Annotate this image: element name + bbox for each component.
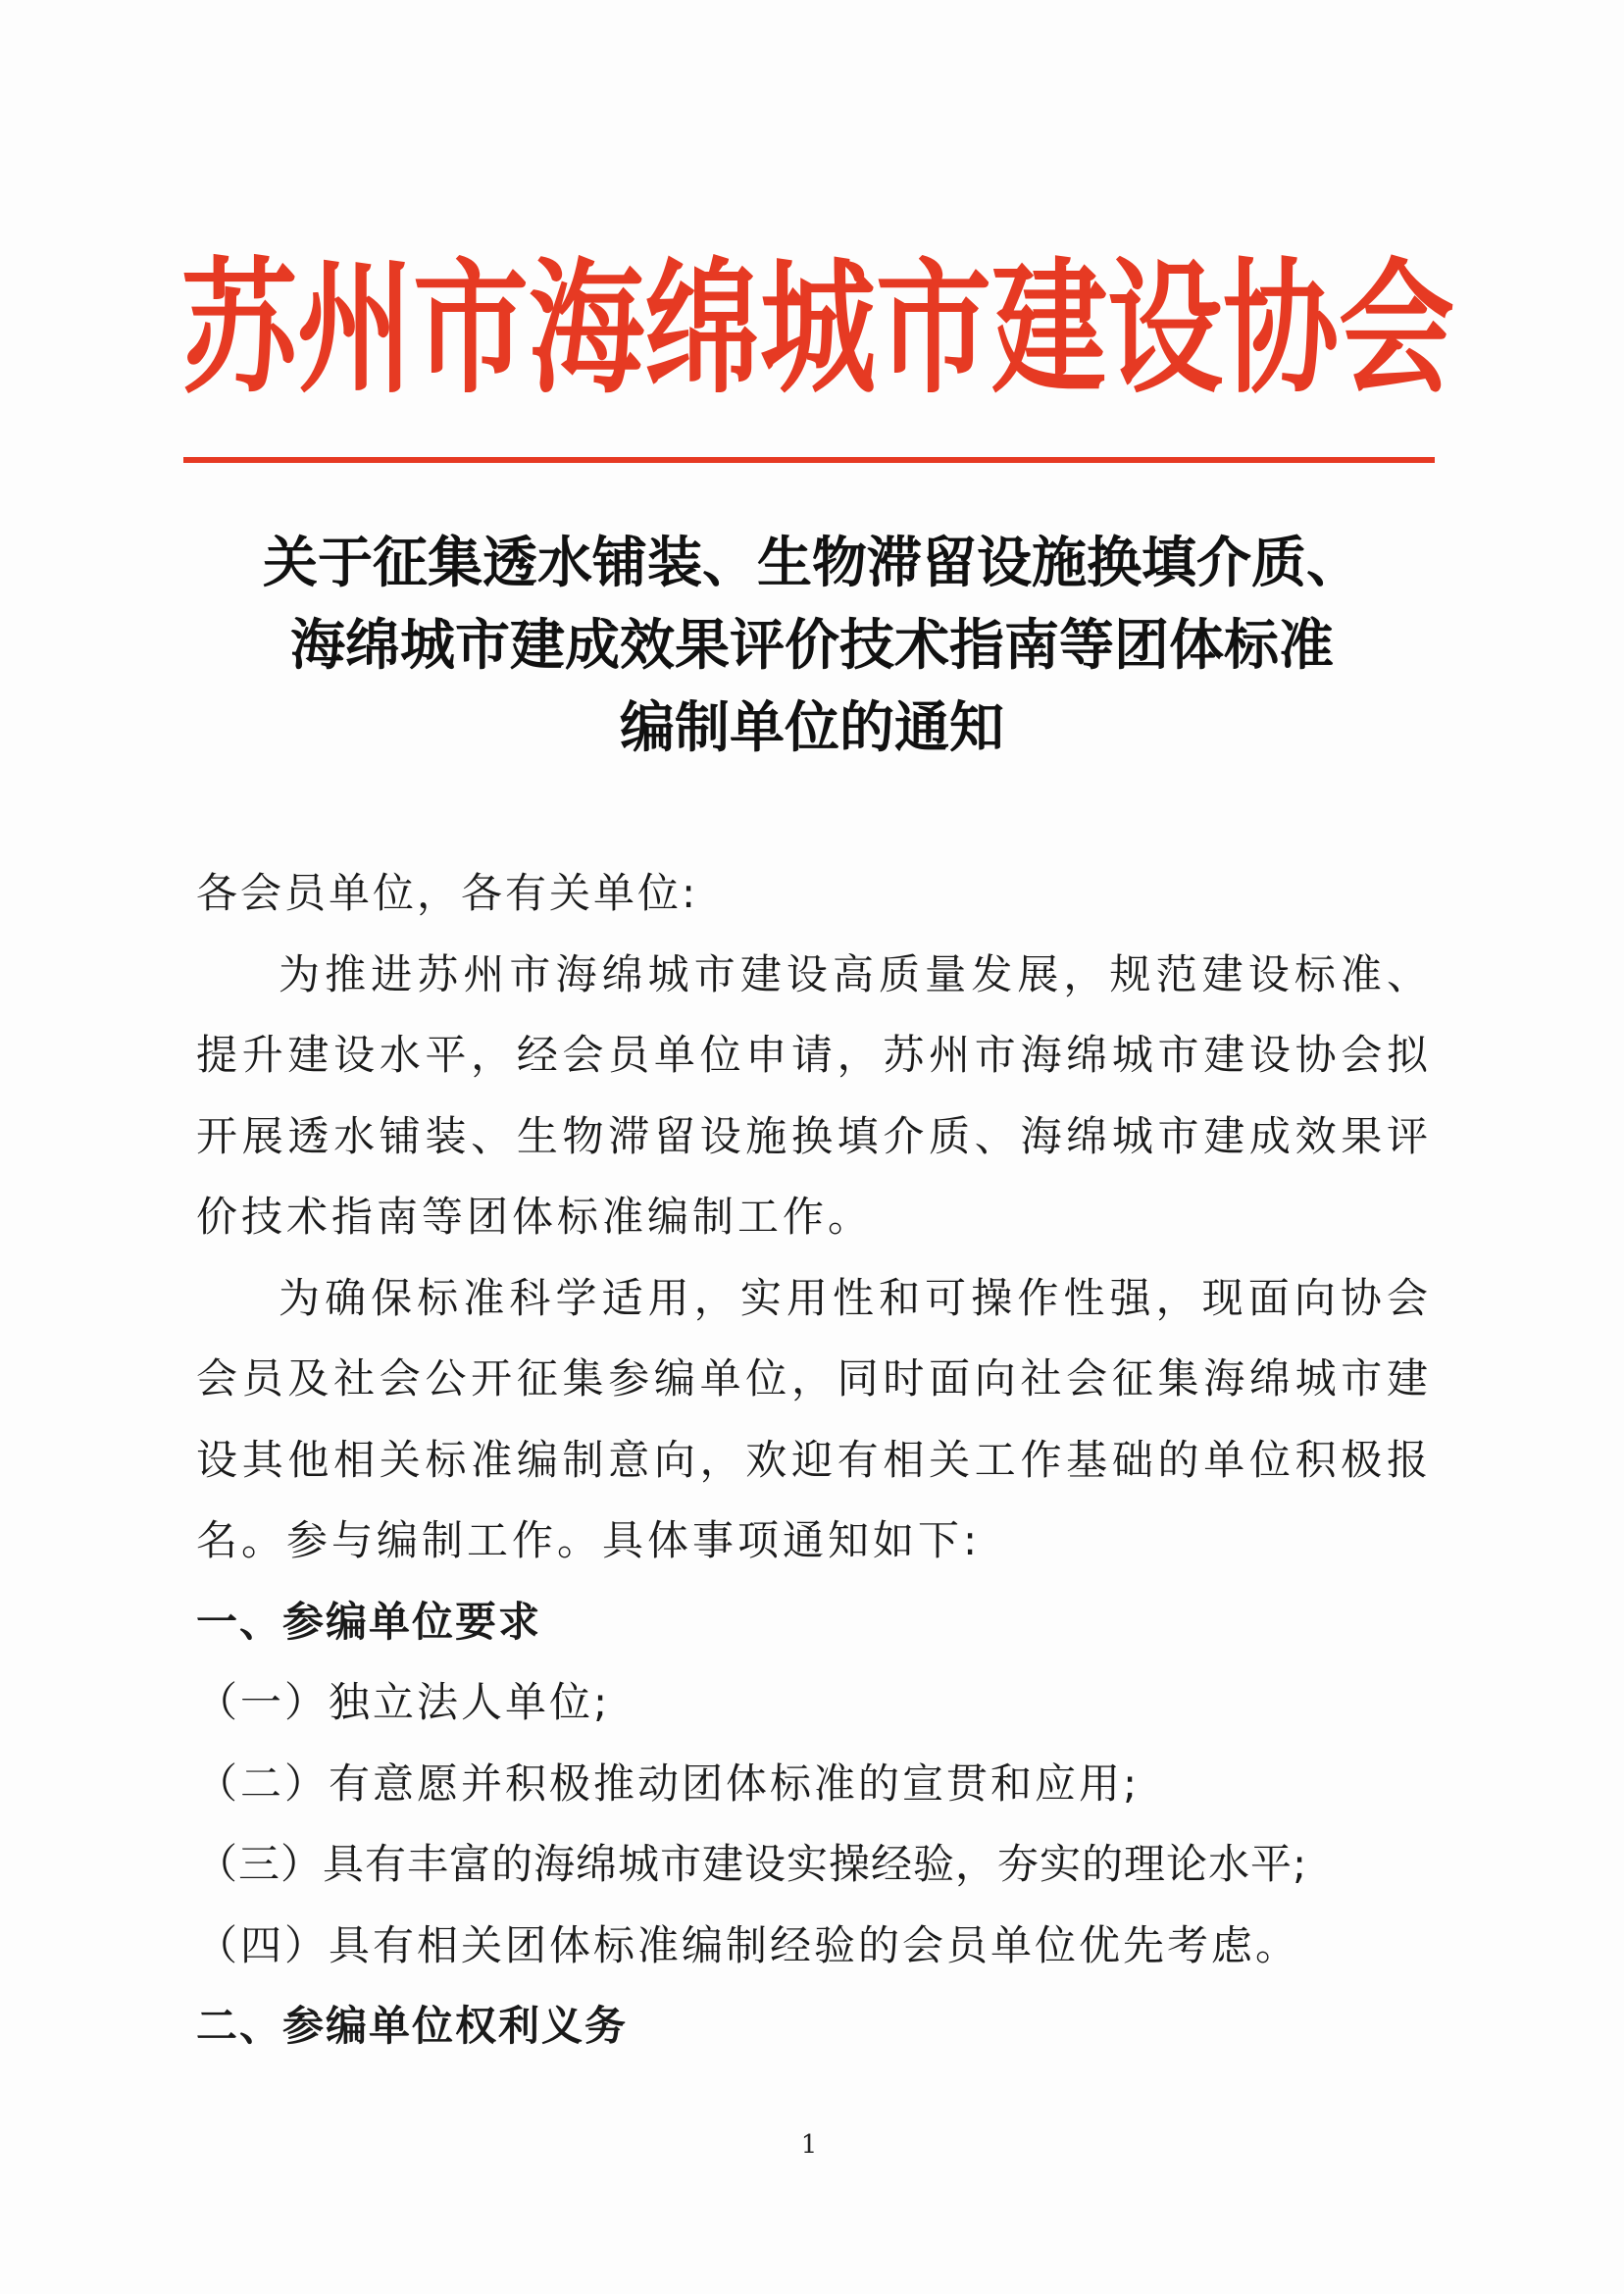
document-body: 各会员单位，各有关单位: 为推进苏州市海绵城市建设高质量发展，规范建设标准、提升…	[196, 853, 1432, 2067]
section-heading-requirements: 一、参编单位要求	[196, 1582, 1432, 1663]
document-page: 苏州市海绵城市建设协会 关于征集透水铺装、生物滞留设施换填介质、 海绵城市建成效…	[0, 0, 1624, 2294]
paragraph-intro: 为推进苏州市海绵城市建设高质量发展，规范建设标准、提升建设水平，经会员单位申请，…	[196, 935, 1432, 1258]
title-line-1: 关于征集透水铺装、生物滞留设施换填介质、	[147, 522, 1477, 604]
requirement-item-4: （四）具有相关团体标准编制经验的会员单位优先考虑。	[196, 1906, 1432, 1987]
section-heading-rights-obligations: 二、参编单位权利义务	[196, 1986, 1432, 2067]
title-line-3: 编制单位的通知	[147, 687, 1477, 769]
requirement-item-3: （三）具有丰富的海绵城市建设实操经验，夯实的理论水平;	[196, 1824, 1432, 1906]
letterhead-divider	[183, 457, 1435, 463]
organization-letterhead: 苏州市海绵城市建设协会	[181, 225, 1407, 433]
page-number: 1	[785, 2130, 834, 2160]
requirement-item-2: （二）有意愿并积极推动团体标准的宣贯和应用;	[196, 1744, 1432, 1825]
salutation: 各会员单位，各有关单位:	[196, 853, 1432, 935]
requirement-item-1: （一）独立法人单位;	[196, 1662, 1432, 1744]
paragraph-call: 为确保标准科学适用，实用性和可操作性强，现面向协会会员及社会公开征集参编单位，同…	[196, 1258, 1432, 1582]
title-line-2: 海绵城市建成效果评价技术指南等团体标准	[147, 604, 1477, 687]
document-title: 关于征集透水铺装、生物滞留设施换填介质、 海绵城市建成效果评价技术指南等团体标准…	[147, 522, 1477, 769]
